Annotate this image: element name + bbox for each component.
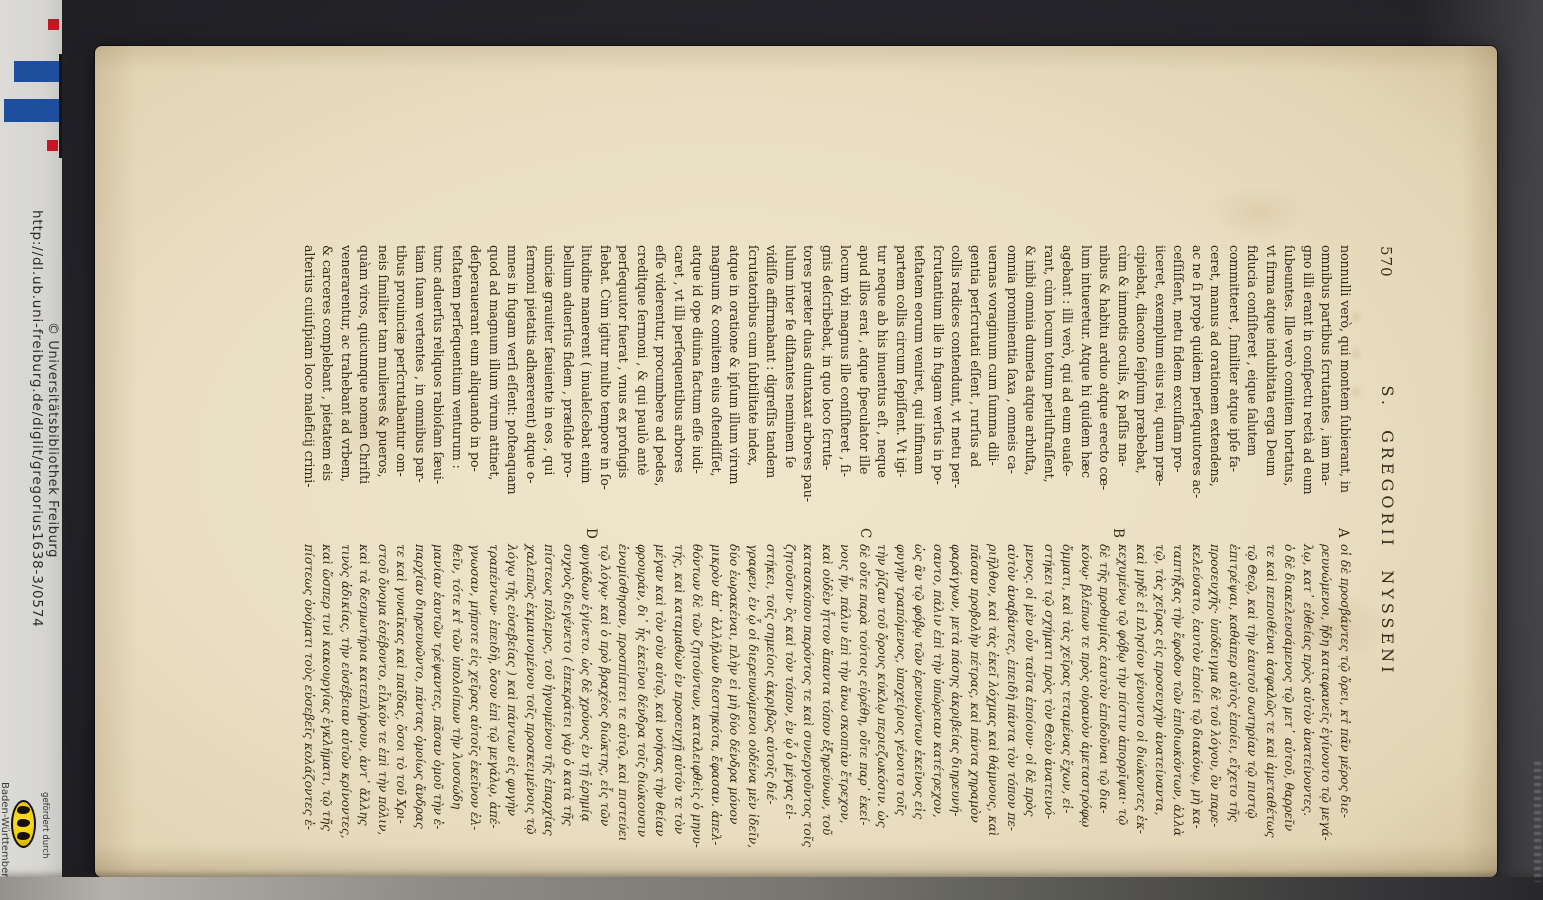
column-marker-d: D [583, 528, 599, 539]
running-title: S. GREGORII NYSSENI [1378, 206, 1397, 856]
funding-label: gefördert durch [40, 792, 50, 858]
copyright-note: © Universitätsbibliothek Freiburg [45, 322, 60, 558]
lion-icon [17, 832, 30, 840]
dfg-logo-icon [59, 54, 62, 158]
dfg-logo-red-square-icon [47, 140, 58, 151]
baden-wuerttemberg-arms-icon [11, 800, 36, 848]
latin-text-column: nonnulli verò, qui montem ſubierant, in … [300, 245, 1355, 545]
dfg-logo-blue-bar-icon [4, 99, 59, 122]
page-content-rotated: 570 S. GREGORII NYSSENI nonnulli verò, q… [95, 46, 1497, 877]
dfg-logo-red-square-icon [48, 19, 59, 30]
dfg-logo-blue-bar-icon [14, 61, 59, 82]
page-header: 570 S. GREGORII NYSSENI [1367, 46, 1397, 877]
column-marker-b: B [1110, 528, 1126, 538]
scanner-table-edge [0, 877, 1543, 900]
library-source-strip: http://dl.ub.uni-freiburg.de/diglit/greg… [0, 0, 62, 878]
lion-icon [17, 819, 30, 827]
funder-name: Baden-Württemberg [0, 782, 10, 884]
greek-text-column: οἱ δὲ προσβάντες τῷ ὄρει, κτ̓ πᾶν μέρος … [300, 544, 1355, 876]
column-marker-a: A [1335, 528, 1351, 538]
lion-icon [17, 806, 30, 814]
scan-viewer: { "source_bar": { "url": "http://dl.ub.u… [0, 0, 1543, 900]
scanned-page: 570 S. GREGORII NYSSENI nonnulli verò, q… [95, 46, 1497, 877]
source-url: http://dl.ub.uni-freiburg.de/diglit/greg… [29, 210, 45, 628]
column-marker-c: C [857, 528, 873, 538]
faint-edge-watermark [1534, 762, 1541, 882]
